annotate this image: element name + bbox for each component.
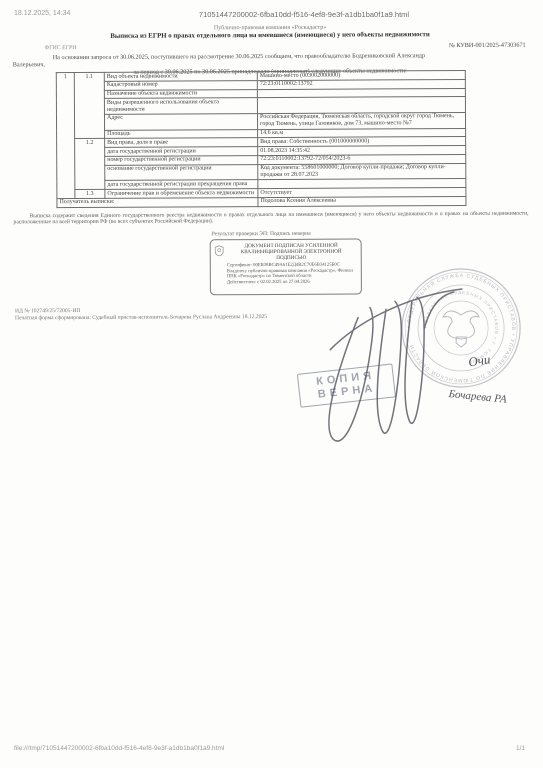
row-value: Российская Федерация, Тюменская область,… [257,112,465,129]
section-number-cell: 1.3 [75,190,105,199]
stamp-heading-line: КВАЛИФИЦИРОВАННОЙ ЭЛЕКТРОННОЙ ПОДПИСЬЮ [227,249,356,262]
row-label: основание государственной регистрации [105,164,258,180]
case-id-line: ИД № 102749/25/72005-ИП [15,308,80,314]
print-form-line: Печатная форма сформирована: Судебный пр… [15,314,267,321]
stamp-heading: ДОКУМЕНТ ПОДПИСАН УСИЛЕННОЙ КВАЛИФИЦИРОВ… [227,243,356,262]
row-label: Адрес [104,114,257,130]
document-body: Публично-правовая компания «Роскадастр» … [0,0,543,768]
scanned-document-page: 18.12.2025, 14:34 71051447200002-6fba10d… [0,0,543,768]
property-table: 1 1.1 Вид объекта недвижимости Машино-ме… [56,70,467,208]
footnote-text: Выписка содержит сведения Единого госуда… [14,211,529,227]
system-label: ФГИС ЕГРН [45,45,77,51]
object-number-cell: 1 [56,73,75,199]
recipient-value: Подолова Ксения Алексеевна [258,196,466,206]
table-row: Получатель выписки: Подолова Ксения Алек… [57,196,466,207]
signature-stroke [328,289,462,441]
page-indicator: 1/1 [516,745,525,752]
row-value: Код документа: 558601000000; Договор куп… [258,163,466,180]
recipient-label: Получатель выписки: [57,198,258,208]
document-number: № КУВИ-001/2025-47303671 [449,42,526,49]
validity-line: Действителен: с 02.02.2025 по 27.04.2026 [227,279,356,285]
row-label: Виды разрешенного использования объекта … [104,98,257,114]
signature-verify-result: Результат проверки ЭП: Подпись неверна [212,231,311,238]
print-file-url: file:///tmp/71051447200002-6fba10dd-f516… [14,745,224,752]
row-value [257,97,465,114]
owner-line: Владелец: публично-правовая компания «Ро… [227,268,356,280]
section-number-cell: 1.2 [75,139,105,190]
emblem-icon [215,245,224,256]
handwritten-signature [300,287,543,458]
handwriting-initials: Очи [467,351,491,370]
document-title: Выписка из ЕГРН о правах отдельного лица… [17,31,524,41]
section-number-cell: 1.1 [74,72,104,139]
